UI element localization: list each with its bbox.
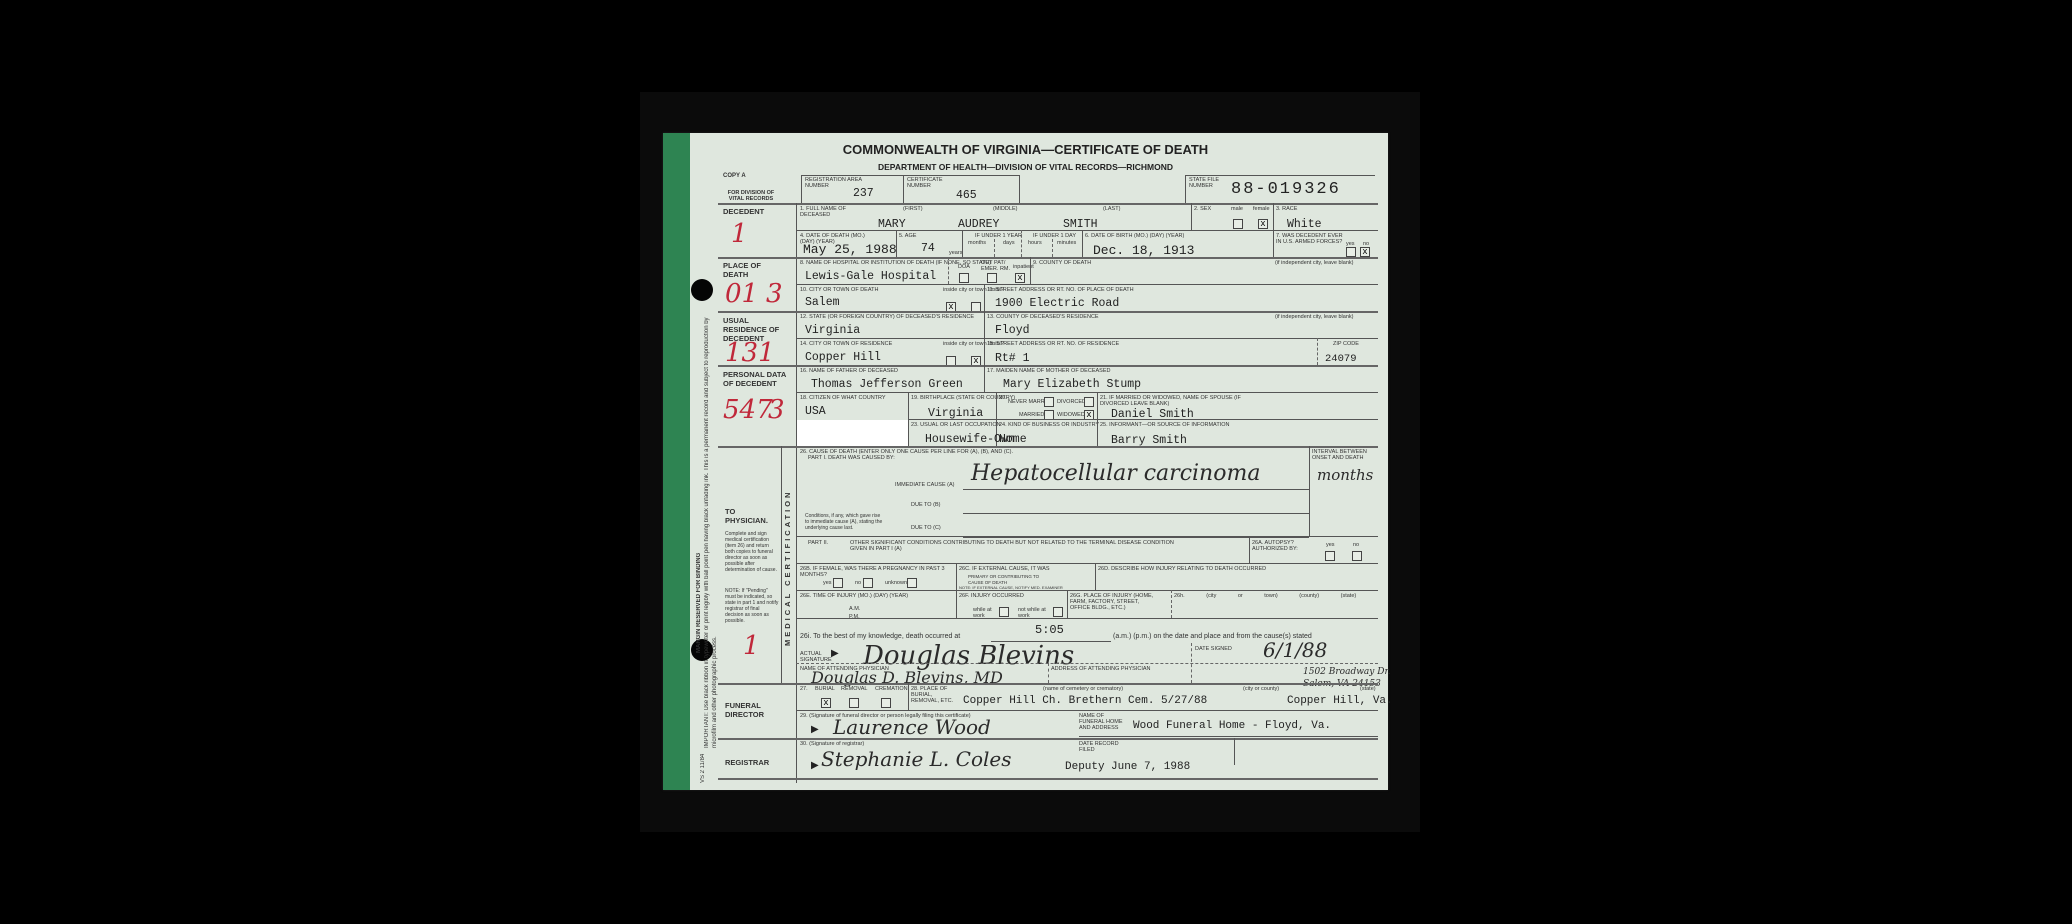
pending-note: NOTE: If "Pending" must be indicated, so… bbox=[725, 588, 779, 624]
certify-text: 26i. To the best of my knowledge, death … bbox=[800, 634, 960, 640]
registrar-signature: Stephanie L. Coles bbox=[821, 747, 1012, 771]
copy-for-label: FOR DIVISION OF VITAL RECORDS bbox=[721, 190, 781, 202]
coding-mark-medical: 1 bbox=[743, 631, 760, 661]
part2-label: OTHER SIGNIFICANT CONDITIONS CONTRIBUTIN… bbox=[850, 540, 1180, 552]
certificate-title: COMMONWEALTH OF VIRGINIA—CERTIFICATE OF … bbox=[663, 142, 1388, 157]
coding-mark-residence: 131 bbox=[725, 338, 775, 368]
place-of-burial-label: 28. PLACE OF BURIAL, REMOVAL, ETC. bbox=[911, 686, 961, 704]
divorced-checkbox bbox=[1084, 397, 1094, 407]
sex-female-checkbox: x bbox=[1258, 219, 1268, 229]
county-of-death-label: 9. COUNTY OF DEATH bbox=[1033, 260, 1091, 266]
place-of-burial-value: Copper Hill Ch. Brethern Cem. 5/27/88 bbox=[963, 695, 1207, 707]
physician-address-label: ADDRESS OF ATTENDING PHYSICIAN bbox=[1051, 666, 1151, 672]
punch-hole-top bbox=[691, 279, 713, 301]
hospital-value: Lewis-Gale Hospital bbox=[805, 270, 936, 283]
copy-label: COPY A bbox=[723, 173, 746, 179]
state-file-label: STATE FILE NUMBER bbox=[1189, 177, 1229, 189]
arrow-icon: ▶ bbox=[811, 760, 819, 771]
coding-mark-place-a: 01 bbox=[725, 279, 758, 309]
interval-label: INTERVAL BETWEEN ONSET AND DEATH bbox=[1312, 449, 1377, 461]
citizen-value: USA bbox=[805, 405, 826, 418]
street-residence-label: 15. STREET ADDRESS OR RT. NO. OF RESIDEN… bbox=[987, 341, 1119, 347]
mother-value: Mary Elizabeth Stump bbox=[1003, 378, 1141, 391]
interval-value: months bbox=[1317, 466, 1373, 484]
removal-checkbox bbox=[849, 698, 859, 708]
physician-instructions: Complete and sign medical certification … bbox=[725, 531, 779, 573]
injury-description-label: 26d. DESCRIBE HOW INJURY RELATING TO DEA… bbox=[1098, 566, 1266, 572]
armed-forces-label: 7. WAS DECEDENT EVER IN U.S. ARMED FORCE… bbox=[1276, 233, 1346, 245]
date-filed-label: DATE RECORD FILED bbox=[1079, 741, 1129, 753]
external-cause-label: 26c. IF EXTERNAL CAUSE, IT WAS bbox=[959, 566, 1050, 572]
not-at-work-checkbox bbox=[1053, 607, 1063, 617]
business-value: Home bbox=[999, 433, 1027, 446]
injury-occurred-label: 26f. INJURY OCCURRED bbox=[959, 593, 1024, 599]
county-residence-value: Floyd bbox=[995, 324, 1030, 337]
state-residence-label: 12. STATE (OR FOREIGN COUNTRY) OF DECEAS… bbox=[800, 314, 974, 320]
never-married-checkbox bbox=[1044, 397, 1054, 407]
age-value: 74 bbox=[921, 242, 935, 255]
pregnancy-label: 26b. IF FEMALE, WAS THERE A PREGNANCY IN… bbox=[800, 566, 950, 578]
burial-location-value: Copper Hill, Va. bbox=[1287, 695, 1393, 707]
state-file-number: 88-019326 bbox=[1231, 180, 1341, 199]
cremation-checkbox bbox=[881, 698, 891, 708]
section-to-physician: TO PHYSICIAN. bbox=[725, 507, 780, 525]
section-place-of-death: PLACE OF DEATH bbox=[723, 261, 783, 279]
section-decedent: DECEDENT bbox=[723, 207, 764, 216]
street-of-death-value: 1900 Electric Road bbox=[995, 297, 1119, 310]
funeral-home-value: Wood Funeral Home - Floyd, Va. bbox=[1133, 720, 1331, 732]
certificate-number-label: CERTIFICATE NUMBER bbox=[907, 177, 957, 189]
occupation-label: 23. USUAL OR LAST OCCUPATION bbox=[911, 422, 1001, 428]
redacted-field bbox=[797, 420, 908, 446]
outpatient-checkbox bbox=[987, 273, 997, 283]
date-filed-value: June 7, 1988 bbox=[1111, 761, 1190, 773]
street-residence-value: Rt# 1 bbox=[995, 352, 1030, 365]
zip-value: 24079 bbox=[1325, 353, 1357, 365]
father-value: Thomas Jefferson Green bbox=[811, 378, 963, 391]
immediate-cause-value: Hepatocellular carcinoma bbox=[971, 461, 1260, 486]
inpatient-checkbox: x bbox=[1015, 273, 1025, 283]
state-residence-value: Virginia bbox=[805, 324, 860, 337]
pregnancy-yes-checkbox bbox=[833, 578, 843, 588]
sex-male-checkbox bbox=[1233, 219, 1243, 229]
pregnancy-unknown-checkbox bbox=[907, 578, 917, 588]
father-label: 16. NAME OF FATHER OF DECEASED bbox=[800, 368, 898, 374]
green-binding-stripe bbox=[663, 133, 690, 790]
dob-label: 6. DATE OF BIRTH (mo.) (day) (year) bbox=[1085, 233, 1185, 239]
date-of-death-value: May 25, 1988 bbox=[803, 242, 897, 257]
physician-address-line1: 1502 Broadway Dr. bbox=[1303, 667, 1391, 677]
burial-checkbox: x bbox=[821, 698, 831, 708]
registration-area-number: 237 bbox=[853, 187, 874, 200]
margin-notice: MARGIN RESERVED FOR BINDING bbox=[695, 393, 703, 653]
coding-mark-place-b: 3 bbox=[766, 279, 783, 309]
medical-certification-label: MEDICAL CERTIFICATION bbox=[783, 463, 792, 673]
autopsy-no-checkbox bbox=[1352, 551, 1362, 561]
important-notice: IMPORTANT: Use black ribbon in typewrite… bbox=[703, 308, 719, 748]
race-label: 3. RACE bbox=[1276, 206, 1297, 212]
armed-forces-no-checkbox: x bbox=[1360, 247, 1370, 257]
time-of-injury-label: 26e. TIME OF INJURY (mo.) (day) (year) bbox=[800, 593, 908, 599]
physician-signature: Douglas Blevins bbox=[863, 641, 1074, 671]
time-of-death-value: 5:05 bbox=[1035, 623, 1064, 637]
city-of-death-value: Salem bbox=[805, 296, 840, 309]
date-of-birth-value: Dec. 18, 1913 bbox=[1093, 243, 1194, 258]
citizen-label: 18. CITIZEN OF WHAT COUNTRY bbox=[800, 395, 886, 401]
director-signature: Laurence Wood bbox=[833, 715, 991, 739]
funeral-home-label: NAME OF FUNERAL HOME AND ADDRESS bbox=[1079, 713, 1129, 731]
while-at-work-checkbox bbox=[999, 607, 1009, 617]
section-registrar: REGISTRAR bbox=[725, 758, 769, 767]
place-of-injury-label: 26g. PLACE OF INJURY (home, farm, factor… bbox=[1070, 593, 1160, 611]
certificate-number: 465 bbox=[956, 189, 977, 202]
sex-label: 2. SEX bbox=[1194, 206, 1211, 212]
actual-signature-label: ACTUAL SIGNATURE bbox=[800, 651, 830, 663]
arrow-icon: ▶ bbox=[831, 648, 839, 659]
mother-label: 17. MAIDEN NAME OF MOTHER OF DECEASED bbox=[987, 368, 1110, 374]
full-name-label: 1. FULL NAME OF DECEASED bbox=[800, 206, 870, 218]
street-of-death-label: 11. STREET ADDRESS OR RT. NO. OF PLACE O… bbox=[987, 287, 1134, 293]
business-label: 24. KIND OF BUSINESS OR INDUSTRY bbox=[999, 422, 1099, 428]
date-signed-value: 6/1/88 bbox=[1263, 638, 1327, 662]
conditions-note: Conditions, if any, which gave rise to i… bbox=[805, 513, 885, 531]
doa-checkbox bbox=[959, 273, 969, 283]
spouse-label: 21. IF MARRIED OR WIDOWED, NAME OF SPOUS… bbox=[1100, 395, 1270, 407]
section-personal-data: PERSONAL DATA OF DECEDENT bbox=[723, 370, 788, 388]
arrow-icon: ▶ bbox=[811, 724, 819, 735]
death-certificate: MARGIN RESERVED FOR BINDING IMPORTANT: U… bbox=[663, 133, 1388, 790]
form-code: VS 2 11/84 bbox=[699, 743, 707, 783]
coding-mark-personal-b: 3 bbox=[768, 395, 785, 425]
city-of-death-label: 10. CITY OR TOWN OF DEATH bbox=[800, 287, 878, 293]
pregnancy-no-checkbox bbox=[863, 578, 873, 588]
age-label: 5. AGE bbox=[899, 233, 916, 239]
zip-label: ZIP CODE bbox=[1333, 341, 1359, 347]
injury-location-label: 26h. (city or town) (county) (state) bbox=[1174, 593, 1374, 599]
county-residence-label: 13. COUNTY OF DECEASED'S RESIDENCE bbox=[987, 314, 1099, 320]
city-residence-label: 14. CITY OR TOWN OF RESIDENCE bbox=[800, 341, 892, 347]
coding-mark-personal-a: 547 bbox=[723, 395, 773, 425]
city-residence-value: Copper Hill bbox=[805, 351, 881, 364]
armed-forces-yes-checkbox bbox=[1346, 247, 1356, 257]
date-signed-label: DATE SIGNED bbox=[1195, 646, 1232, 652]
registrar-title: Deputy bbox=[1065, 761, 1105, 773]
informant-label: 25. INFORMANT—OR SOURCE OF INFORMATION bbox=[1100, 422, 1229, 428]
section-funeral-director: FUNERAL DIRECTOR bbox=[725, 701, 785, 719]
certificate-subtitle: DEPARTMENT OF HEALTH—DIVISION OF VITAL R… bbox=[663, 162, 1388, 172]
autopsy-yes-checkbox bbox=[1325, 551, 1335, 561]
immediate-cause-label: IMMEDIATE CAUSE (A) bbox=[895, 482, 955, 488]
autopsy-label: 26a. AUTOPSY? AUTHORIZED BY: bbox=[1252, 540, 1312, 552]
coding-mark-decedent: 1 bbox=[731, 219, 748, 249]
